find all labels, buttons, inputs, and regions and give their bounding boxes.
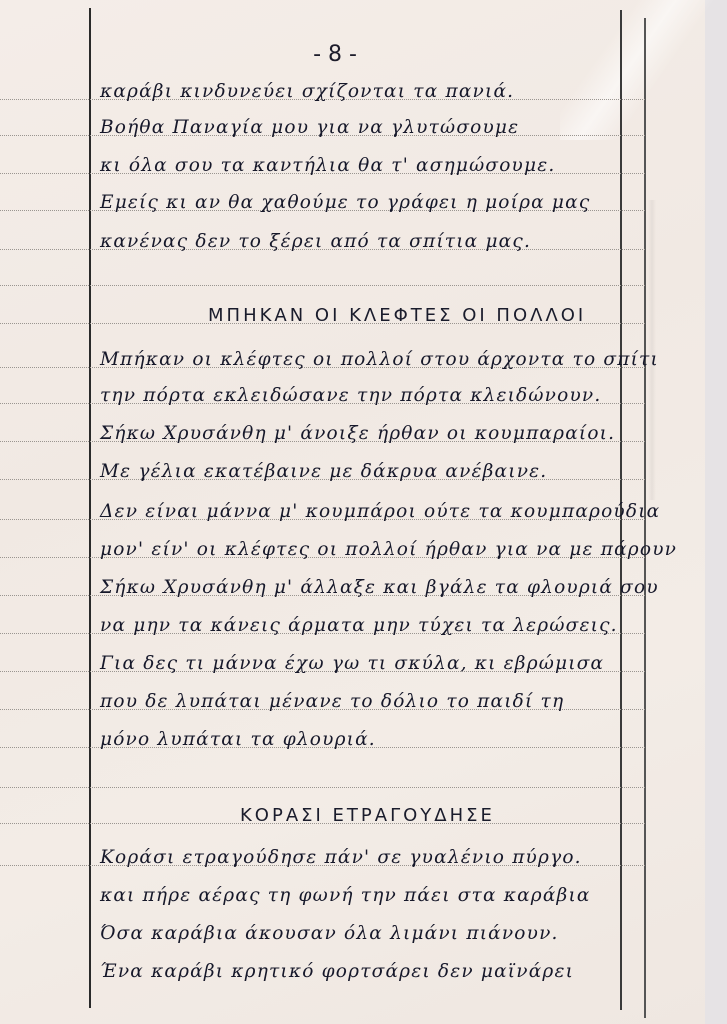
ruled-line: Σήκω Χρυσάνθη μ' άνοιξε ήρθαν οι κουμπαρ… bbox=[0, 414, 705, 448]
verse-line: Κοράσι ετραγούδησε πάν' σε γυαλένιο πύργ… bbox=[100, 847, 582, 868]
verse-line: Βοήθα Παναγία μου για να γλυτώσουμε bbox=[100, 117, 519, 138]
ruled-line: μον' είν' οι κλέφτες οι πολλοί ήρθαν για… bbox=[0, 530, 705, 564]
verse-line: μόνο λυπάται τα φλουριά. bbox=[100, 729, 376, 750]
ruled-line: Μπήκαν οι κλέφτες οι πολλοί στου άρχοντα… bbox=[0, 340, 705, 374]
ruled-line bbox=[0, 258, 705, 292]
verse-line: και πήρε αέρας τη φωνή την πάει στα καρά… bbox=[100, 885, 591, 906]
verse-line: που δε λυπάται μένανε το δόλιο το παιδί … bbox=[100, 691, 564, 712]
ruled-line: Εμείς κι αν θα χαθούμε το γράφει η μοίρα… bbox=[0, 183, 705, 217]
verse-line: κανένας δεν το ξέρει από τα σπίτια μας. bbox=[100, 231, 531, 252]
ruled-line: κι όλα σου τα καντήλια θα τ' ασημώσουμε. bbox=[0, 146, 705, 180]
verse-line: Σήκω Χρυσάνθη μ' άλλαξε και βγάλε τα φλο… bbox=[100, 577, 659, 598]
ruled-line: Σήκω Χρυσάνθη μ' άλλαξε και βγάλε τα φλο… bbox=[0, 568, 705, 602]
verse-line: Εμείς κι αν θα χαθούμε το γράφει η μοίρα… bbox=[100, 192, 590, 213]
verse-line: Με γέλια εκατέβαινε με δάκρυα ανέβαινε. bbox=[100, 461, 547, 482]
song-title: ΜΠΗΚΑΝ ΟΙ ΚΛΕΦΤΕΣ ΟΙ ΠΟΛΛΟΙ bbox=[208, 305, 586, 326]
scanner-edge bbox=[705, 0, 727, 1024]
verse-line: να μην τα κάνεις άρματα μην τύχει τα λερ… bbox=[100, 615, 618, 636]
ruled-line: Ένα καράβι κρητικό φορτσάρει δεν μαϊνάρε… bbox=[0, 952, 705, 986]
ruled-line: κανένας δεν το ξέρει από τα σπίτια μας. bbox=[0, 222, 705, 256]
verse-line: καράβι κινδυνεύει σχίζονται τα πανιά. bbox=[100, 81, 514, 102]
ruled-line: Βοήθα Παναγία μου για να γλυτώσουμε bbox=[0, 108, 705, 142]
ruled-line: που δε λυπάται μένανε το δόλιο το παιδί … bbox=[0, 682, 705, 716]
ruled-line: μόνο λυπάται τα φλουριά. bbox=[0, 720, 705, 754]
ruled-line: να μην τα κάνεις άρματα μην τύχει τα λερ… bbox=[0, 606, 705, 640]
verse-line: κι όλα σου τα καντήλια θα τ' ασημώσουμε. bbox=[100, 155, 555, 176]
ruled-line: και πήρε αέρας τη φωνή την πάει στα καρά… bbox=[0, 876, 705, 910]
verse-line: Μπήκαν οι κλέφτες οι πολλοί στου άρχοντα… bbox=[100, 349, 659, 370]
ruled-line: Με γέλια εκατέβαινε με δάκρυα ανέβαινε. bbox=[0, 452, 705, 486]
verse-line: μον' είν' οι κλέφτες οι πολλοί ήρθαν για… bbox=[100, 539, 677, 560]
ruled-line: Όσα καράβια άκουσαν όλα λιμάνι πιάνουν. bbox=[0, 914, 705, 948]
verse-line: Δεν είναι μάννα μ' κουμπάροι ούτε τα κου… bbox=[100, 501, 660, 522]
ruled-line: Δεν είναι μάννα μ' κουμπάροι ούτε τα κου… bbox=[0, 492, 705, 526]
ruled-line: ΜΠΗΚΑΝ ΟΙ ΚΛΕΦΤΕΣ ΟΙ ΠΟΛΛΟΙ bbox=[0, 296, 705, 330]
page-number: - 8 - bbox=[300, 42, 370, 67]
ruled-line: Κοράσι ετραγούδησε πάν' σε γυαλένιο πύργ… bbox=[0, 838, 705, 872]
ruled-line: καράβι κινδυνεύει σχίζονται τα πανιά. bbox=[0, 72, 705, 106]
song-title: ΚΟΡΑΣΙ ΕΤΡΑΓΟΥΔΗΣΕ bbox=[240, 805, 495, 826]
ruled-line bbox=[0, 760, 705, 794]
ruled-line: Για δες τι μάννα έχω γω τι σκύλα, κι εβρ… bbox=[0, 644, 705, 678]
verse-line: Για δες τι μάννα έχω γω τι σκύλα, κι εβρ… bbox=[100, 653, 604, 674]
ruled-line: την πόρτα εκλειδώσανε την πόρτα κλειδώνο… bbox=[0, 376, 705, 410]
verse-line: την πόρτα εκλειδώσανε την πόρτα κλειδώνο… bbox=[100, 385, 601, 406]
verse-line: Ένα καράβι κρητικό φορτσάρει δεν μαϊνάρε… bbox=[100, 961, 574, 982]
ruled-line: ΚΟΡΑΣΙ ΕΤΡΑΓΟΥΔΗΣΕ bbox=[0, 796, 705, 830]
verse-line: Όσα καράβια άκουσαν όλα λιμάνι πιάνουν. bbox=[100, 923, 559, 944]
verse-line: Σήκω Χρυσάνθη μ' άνοιξε ήρθαν οι κουμπαρ… bbox=[100, 423, 615, 444]
